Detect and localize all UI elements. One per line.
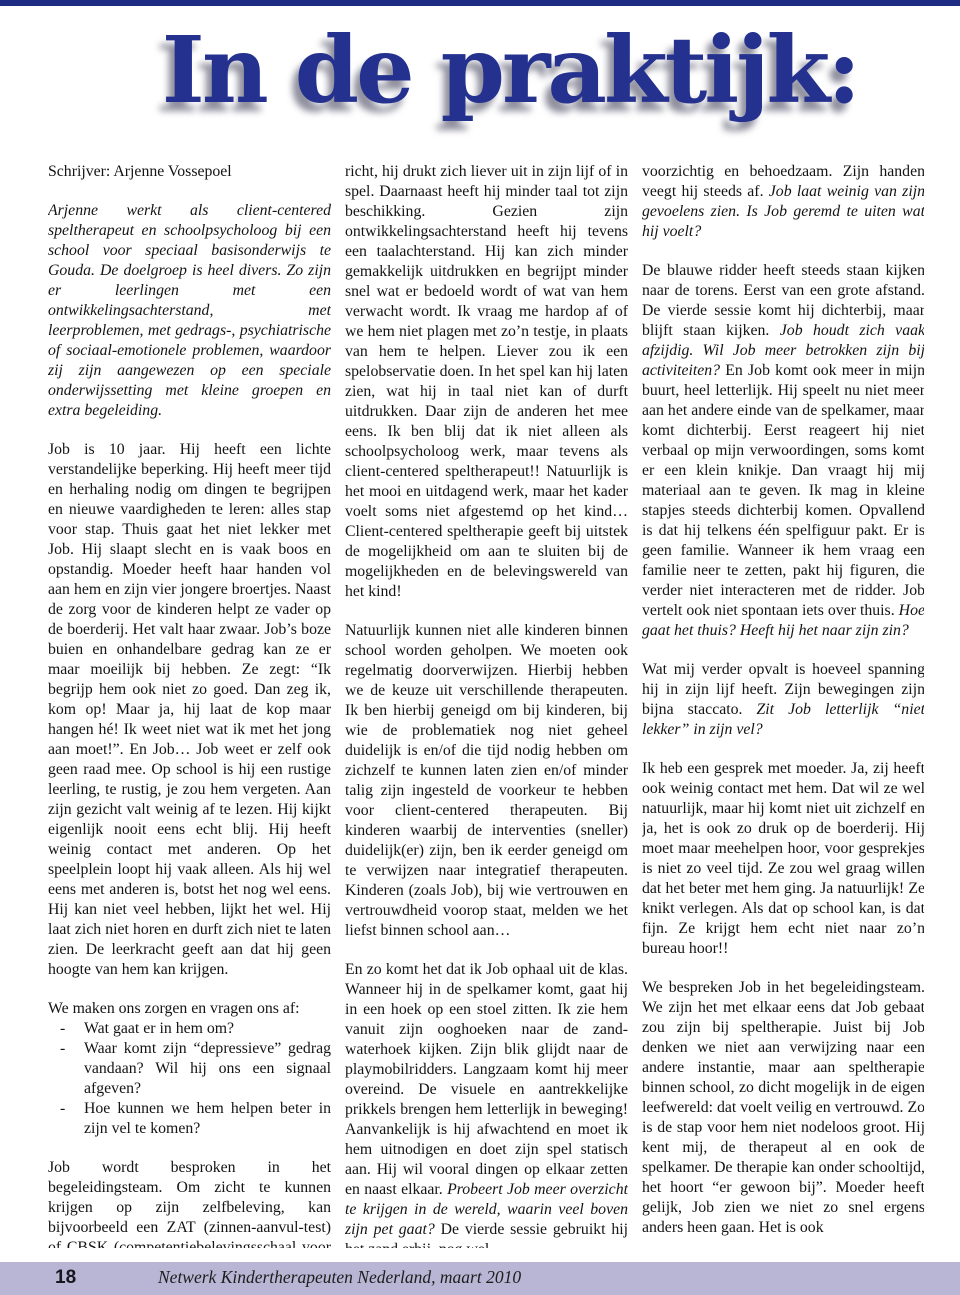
paragraph: Ik heb een gesprek met moeder. Ja, zij h… [642,759,924,959]
page-number: 18 [55,1267,76,1289]
text-run: En zo komt het dat ik Job ophaal uit de … [345,961,628,1198]
list-item-text: Waar komt zijn “depressieve” gedrag vand… [84,1039,331,1099]
paragraph: Job is 10 jaar. Hij heeft een lichte ver… [48,440,331,980]
paragraph: richt, hij drukt zich liever uit in zijn… [345,162,628,602]
paragraph: Natuurlijk kunnen niet alle kinderen bin… [345,621,628,941]
list-item: -Wat gaat er in hem om? [48,1019,331,1039]
text-run: We maken ons zorgen en vragen ons af: [48,1000,300,1017]
paragraph: We bespreken Job in het begeleidingsteam… [642,978,924,1238]
list-item: -Waar komt zijn “depressieve” gedrag van… [48,1039,331,1099]
text-column-3: voorzichtig en behoedzaam. Zijn handen v… [642,162,924,1248]
list-dash: - [48,1099,84,1139]
intro-paragraph: Arjenne werkt als client-centered spelth… [48,201,331,421]
columns: Schrijver: Arjenne VossepoelArjenne werk… [48,162,924,1248]
text-run: Job wordt besproken in het begeleidingst… [48,1159,331,1248]
paragraph: En zo komt het dat ik Job ophaal uit de … [345,960,628,1248]
byline: Schrijver: Arjenne Vossepoel [48,162,331,182]
list-dash: - [48,1039,84,1099]
list-item-text: Wat gaat er in hem om? [84,1019,331,1039]
text-run: richt, hij drukt zich liever uit in zijn… [345,163,628,600]
questions-lead: We maken ons zorgen en vragen ons af: [48,999,331,1019]
text-run: Job is 10 jaar. Hij heeft een lichte ver… [48,441,331,978]
text-run: Natuurlijk kunnen niet alle kinderen bin… [345,622,628,939]
page-title: In de praktijk: [0,8,960,132]
italic-run: Arjenne werkt als client-centered spelth… [48,202,331,419]
text-run: En Job komt ook meer in mijn buurt, heel… [642,362,924,619]
footer-bar: 18 Netwerk Kindertherapeuten Nederland, … [0,1262,960,1295]
footer-text: Netwerk Kindertherapeuten Nederland, maa… [158,1267,521,1288]
text-run: Ik heb een gesprek met moeder. Ja, zij h… [642,760,924,957]
top-border-bar [0,0,960,6]
paragraph: Job wordt besproken in het begeleidingst… [48,1158,331,1248]
paragraph: voorzichtig en behoedzaam. Zijn handen v… [642,162,924,242]
paragraph: Wat mij verder opvalt is hoeveel spannin… [642,660,924,740]
text-column-2: richt, hij drukt zich liever uit in zijn… [345,162,628,1248]
paragraph: De blauwe ridder heeft steeds staan kijk… [642,261,924,641]
text-run: Schrijver: Arjenne Vossepoel [48,163,232,180]
list-dash: - [48,1019,84,1039]
text-run: We bespreken Job in het begeleidingsteam… [642,979,924,1236]
list-item-text: Hoe kunnen we hem helpen beter in zijn v… [84,1099,331,1139]
question-list: -Wat gaat er in hem om?-Waar komt zijn “… [48,1019,331,1139]
list-item: -Hoe kunnen we hem helpen beter in zijn … [48,1099,331,1139]
text-column-1: Schrijver: Arjenne VossepoelArjenne werk… [48,162,331,1248]
